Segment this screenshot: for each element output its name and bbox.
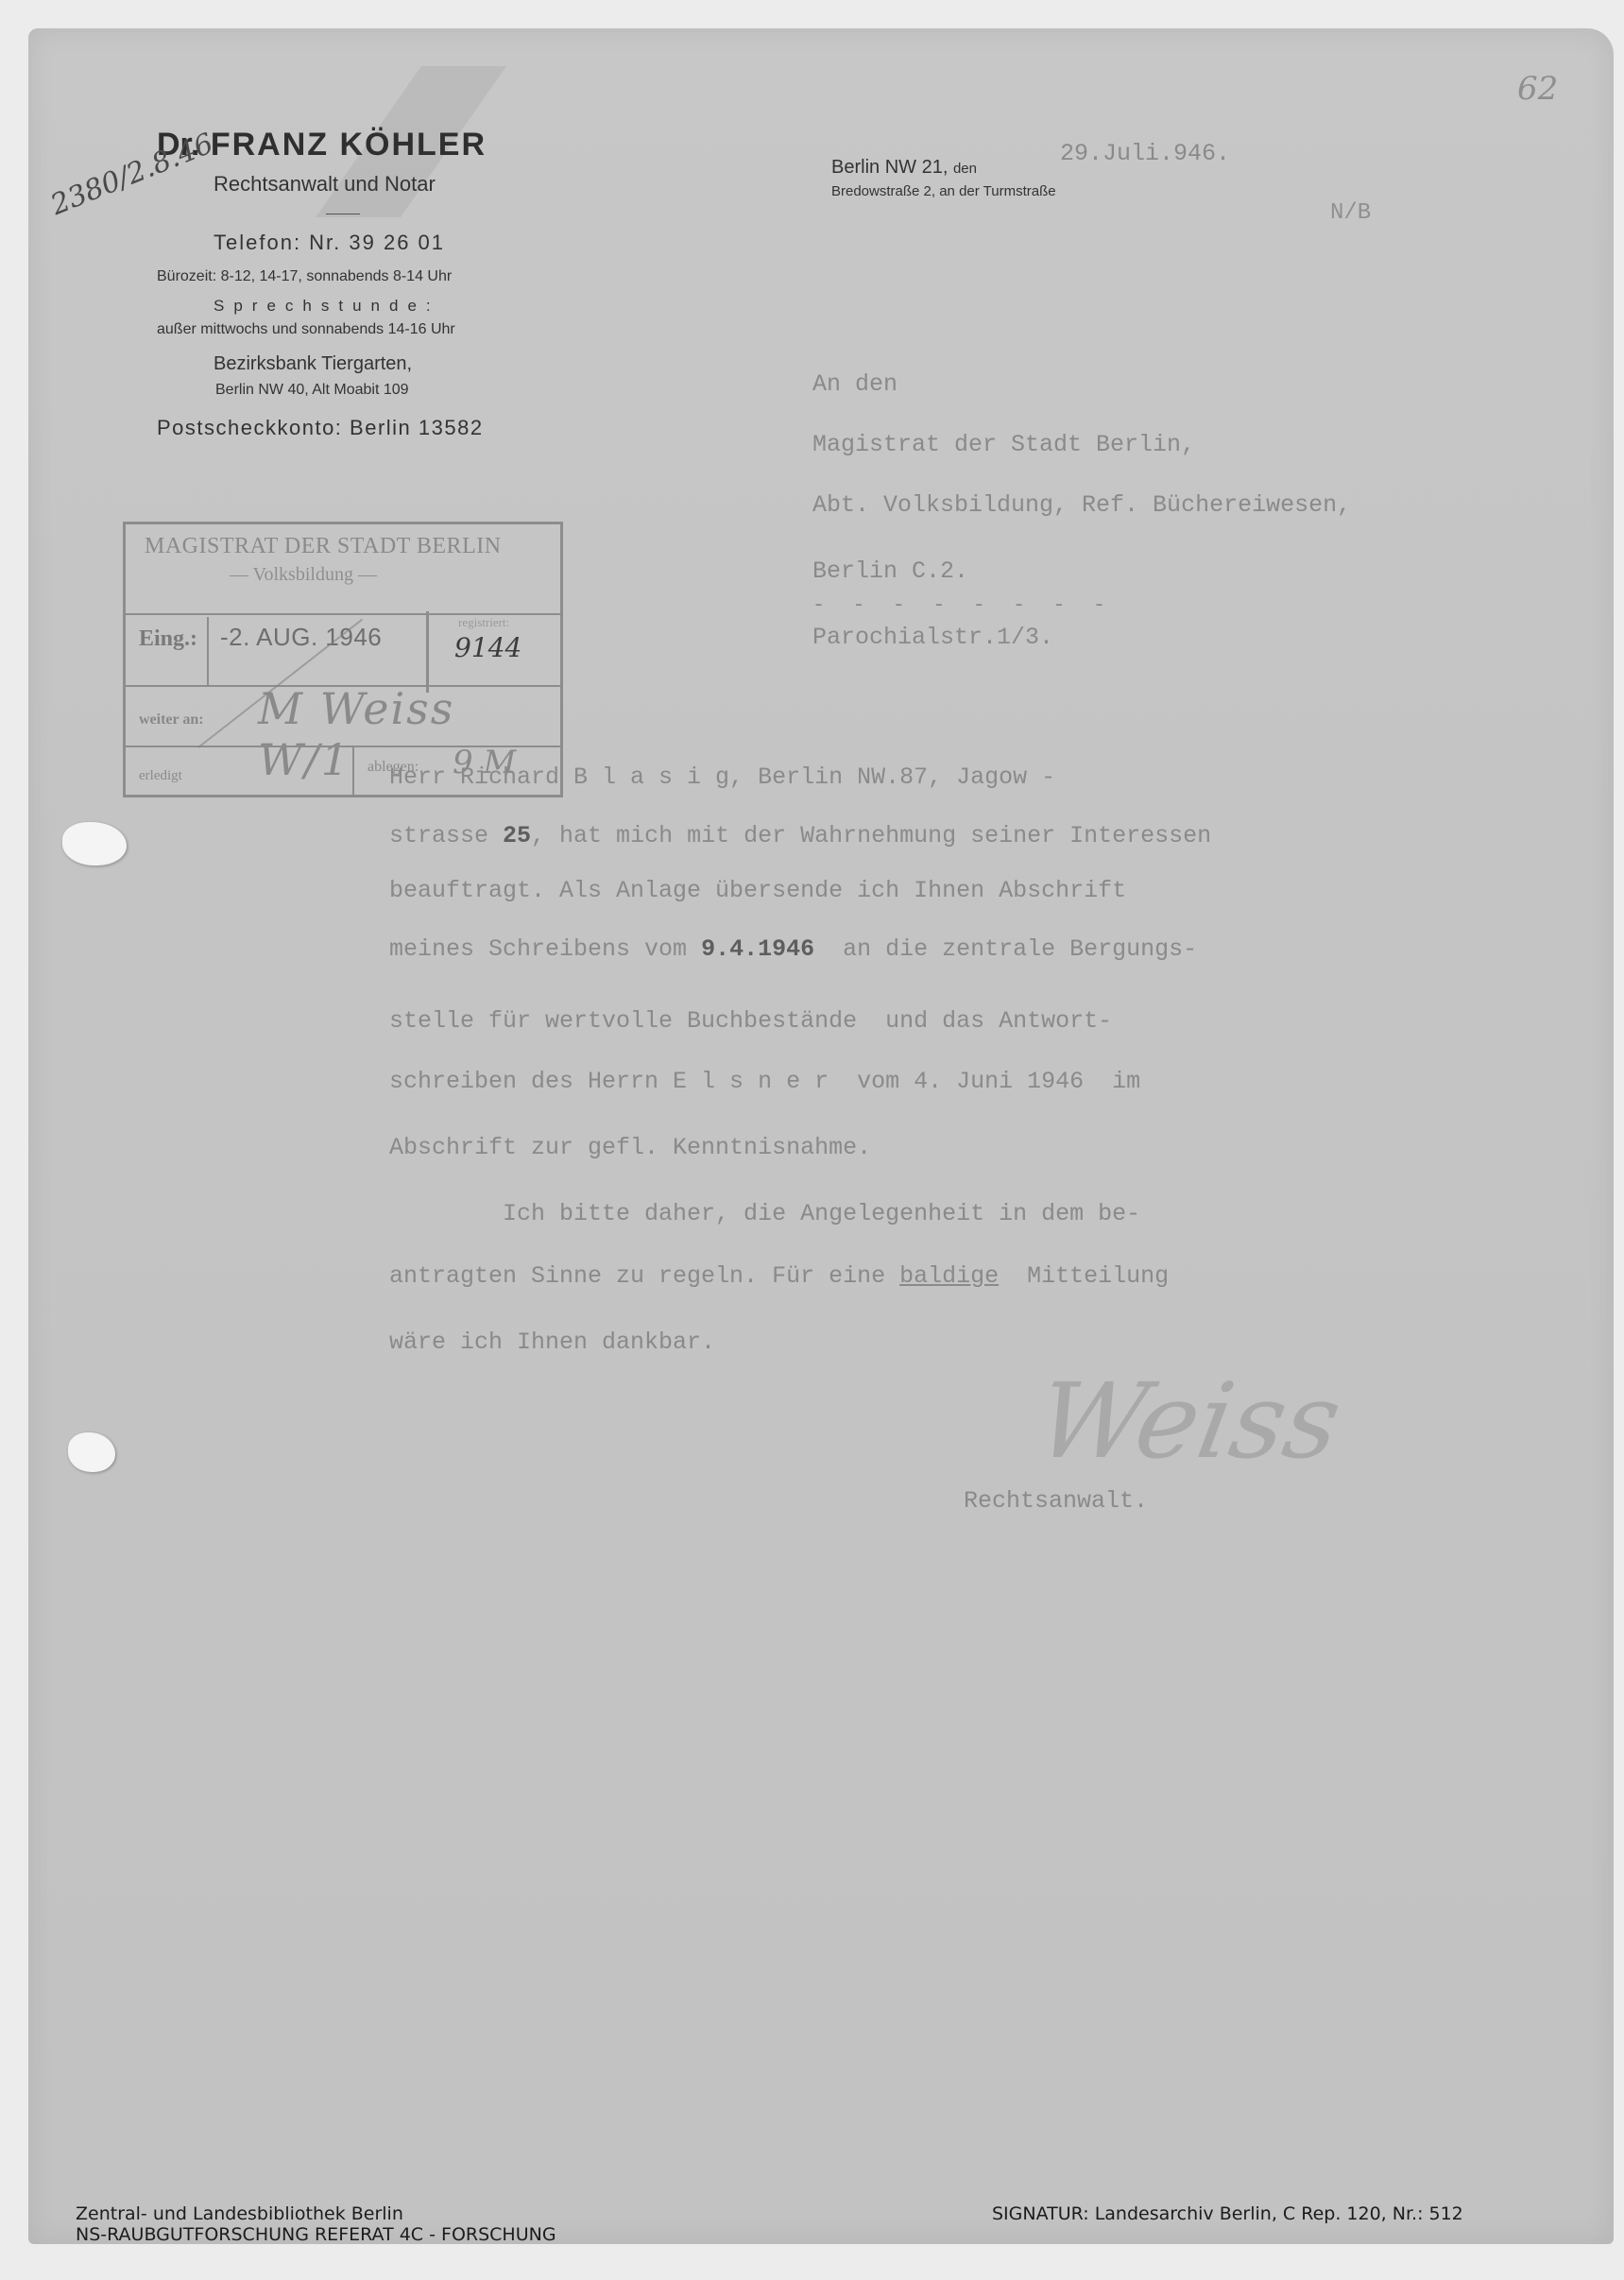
- stamp-divider: [352, 747, 354, 795]
- closing: Rechtsanwalt.: [964, 1487, 1148, 1515]
- body-line: Ich bitte daher, die Angelegenheit in de…: [389, 1200, 1140, 1227]
- footer-library: Zentral- und Landesbibliothek Berlin: [76, 2203, 556, 2224]
- body-line: stelle für wertvolle Buchbestände und da…: [389, 1007, 1112, 1035]
- letterhead-postscheck: Postscheckkonto: Berlin 13582: [157, 416, 484, 440]
- stamp-registriert-value: 9144: [454, 632, 521, 663]
- letterhead-bank-address: Berlin NW 40, Alt Moabit 109: [215, 382, 409, 399]
- emphasized-text: 25: [503, 822, 531, 849]
- letterhead-profession: Rechtsanwalt und Notar: [214, 172, 436, 197]
- body-line: beauftragt. Als Anlage übersende ich Ihn…: [389, 877, 1126, 904]
- body-line: antragten Sinne zu regeln. Für eine bald…: [389, 1262, 1169, 1290]
- sender-street: Bredowstraße 2, an der Turmstraße: [831, 183, 1056, 199]
- stamp-erledigt-label: erledigt: [139, 768, 182, 784]
- body-line: Herr Richard B l a s i g, Berlin NW.87, …: [389, 763, 1055, 791]
- stamp-subtitle: — Volksbildung —: [230, 564, 377, 586]
- page-number: 62: [1517, 70, 1558, 108]
- letterhead-buerozeit: Bürozeit: 8-12, 14-17, sonnabends 8-14 U…: [157, 268, 452, 285]
- footer-institution: Zentral- und Landesbibliothek Berlin NS-…: [76, 2203, 556, 2245]
- letterhead-sprechstunde-label: Sprechstunde:: [214, 297, 440, 316]
- sender-city: Berlin NW 21, den: [831, 157, 977, 179]
- body-line: strasse 25, hat mich mit der Wahrnehmung…: [389, 822, 1211, 849]
- stamp-registriert-label: registriert:: [458, 615, 509, 630]
- signature: Weiss: [1029, 1361, 1350, 1482]
- recipient-line: Berlin C.2.: [812, 557, 968, 585]
- body-line: wäre ich Ihnen dankbar.: [389, 1329, 715, 1356]
- letterhead-divider: [326, 214, 360, 214]
- letterhead-bank: Bezirksbank Tiergarten,: [214, 353, 412, 375]
- stamp-divider: [426, 611, 429, 693]
- reference-mark: N/B: [1330, 200, 1371, 226]
- body-line: schreiben des Herrn E l s n e r vom 4. J…: [389, 1068, 1140, 1095]
- body-line: Abschrift zur gefl. Kenntnisnahme.: [389, 1134, 871, 1161]
- letterhead-sprechstunde: außer mittwochs und sonnabends 14-16 Uhr: [157, 321, 455, 338]
- name: FRANZ KÖHLER: [211, 127, 487, 163]
- recipient-line: Magistrat der Stadt Berlin,: [812, 431, 1195, 458]
- stamp-eing-date: -2. AUG. 1946: [220, 623, 382, 652]
- letterhead-telefon: Telefon: Nr. 39 26 01: [214, 231, 445, 255]
- receipt-stamp: MAGISTRAT DER STADT BERLIN — Volksbildun…: [123, 522, 563, 797]
- recipient-underline-dashes: - - - - - - - -: [812, 593, 1113, 617]
- stamp-eing-label: Eing.:: [139, 626, 197, 652]
- recipient-line: Abt. Volksbildung, Ref. Büchereiwesen,: [812, 491, 1351, 519]
- footer-signatur: SIGNATUR: Landesarchiv Berlin, C Rep. 12…: [992, 2203, 1463, 2224]
- underlined-text: baldige: [899, 1262, 999, 1290]
- stamp-divider: [207, 617, 209, 687]
- stamp-weiter-label: weiter an:: [139, 711, 204, 729]
- footer-department: NS-RAUBGUTFORSCHUNG REFERAT 4C - FORSCHU…: [76, 2224, 556, 2245]
- recipient-line: An den: [812, 370, 897, 398]
- stamp-title: MAGISTRAT DER STADT BERLIN: [145, 534, 502, 559]
- letter-date: 29.Juli.946.: [1060, 140, 1230, 167]
- punch-hole: [68, 1432, 115, 1472]
- body-line: meines Schreibens vom 9.4.1946 an die ze…: [389, 935, 1197, 963]
- recipient-line: Parochialstr.1/3.: [812, 624, 1053, 651]
- emphasized-text: 9.4.1946: [701, 935, 814, 963]
